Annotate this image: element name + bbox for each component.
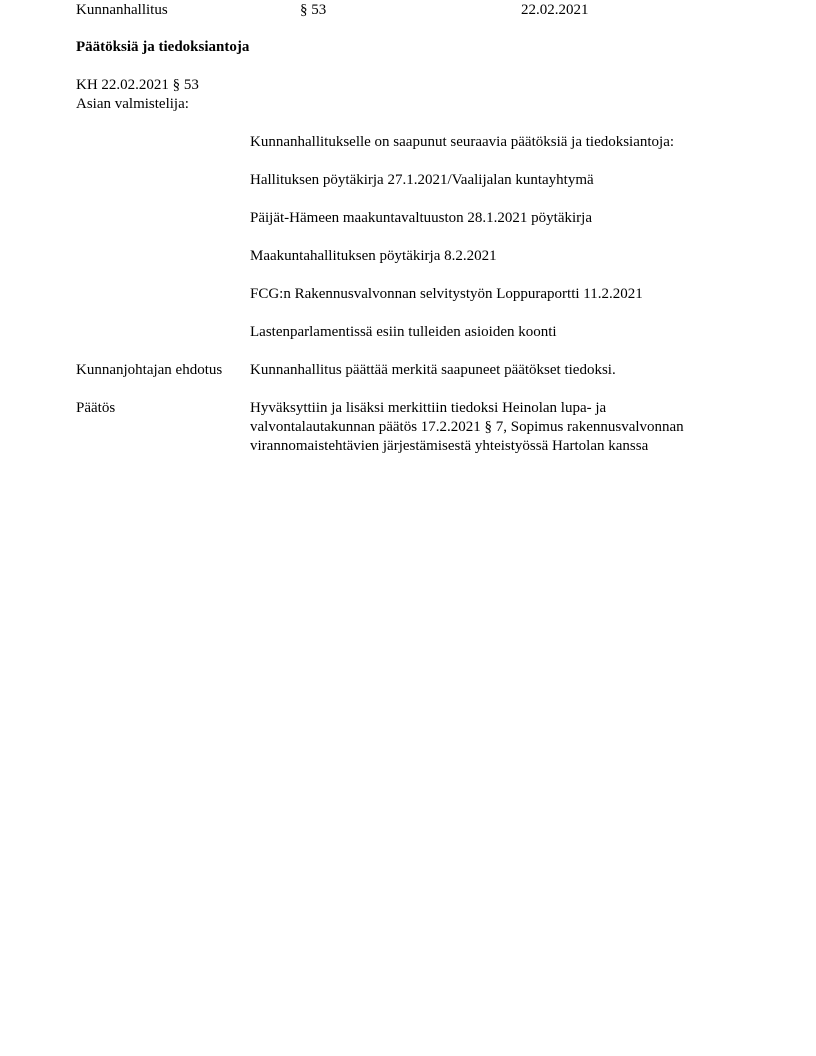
meeting-reference: KH 22.02.2021 § 53: [76, 76, 199, 95]
decision-label: Päätös: [76, 399, 115, 418]
header-section: § 53: [300, 1, 326, 20]
header-date: 22.02.2021: [521, 1, 589, 20]
decision-line: Hyväksyttiin ja lisäksi merkittiin tiedo…: [250, 399, 730, 418]
proposal-label: Kunnanjohtajan ehdotus: [76, 361, 222, 380]
list-item: FCG:n Rakennusvalvonnan selvitystyön Lop…: [250, 285, 643, 304]
decision-line: valvontalautakunnan päätös 17.2.2021 § 7…: [250, 418, 730, 437]
proposal-text: Kunnanhallitus päättää merkitä saapuneet…: [250, 361, 616, 380]
list-item: Maakuntahallituksen pöytäkirja 8.2.2021: [250, 247, 497, 266]
decision-text: Hyväksyttiin ja lisäksi merkittiin tiedo…: [250, 399, 730, 456]
intro-text: Kunnanhallitukselle on saapunut seuraavi…: [250, 133, 674, 152]
header-organ: Kunnanhallitus: [76, 1, 168, 20]
preparer-label: Asian valmistelija:: [76, 95, 189, 114]
list-item: Hallituksen pöytäkirja 27.1.2021/Vaalija…: [250, 171, 594, 190]
list-item: Päijät-Hämeen maakuntavaltuuston 28.1.20…: [250, 209, 592, 228]
decision-line: virannomaistehtävien järjestämisestä yht…: [250, 437, 730, 456]
list-item: Lastenparlamentissä esiin tulleiden asio…: [250, 323, 557, 342]
document-title: Päätöksiä ja tiedoksiantoja: [76, 38, 249, 57]
